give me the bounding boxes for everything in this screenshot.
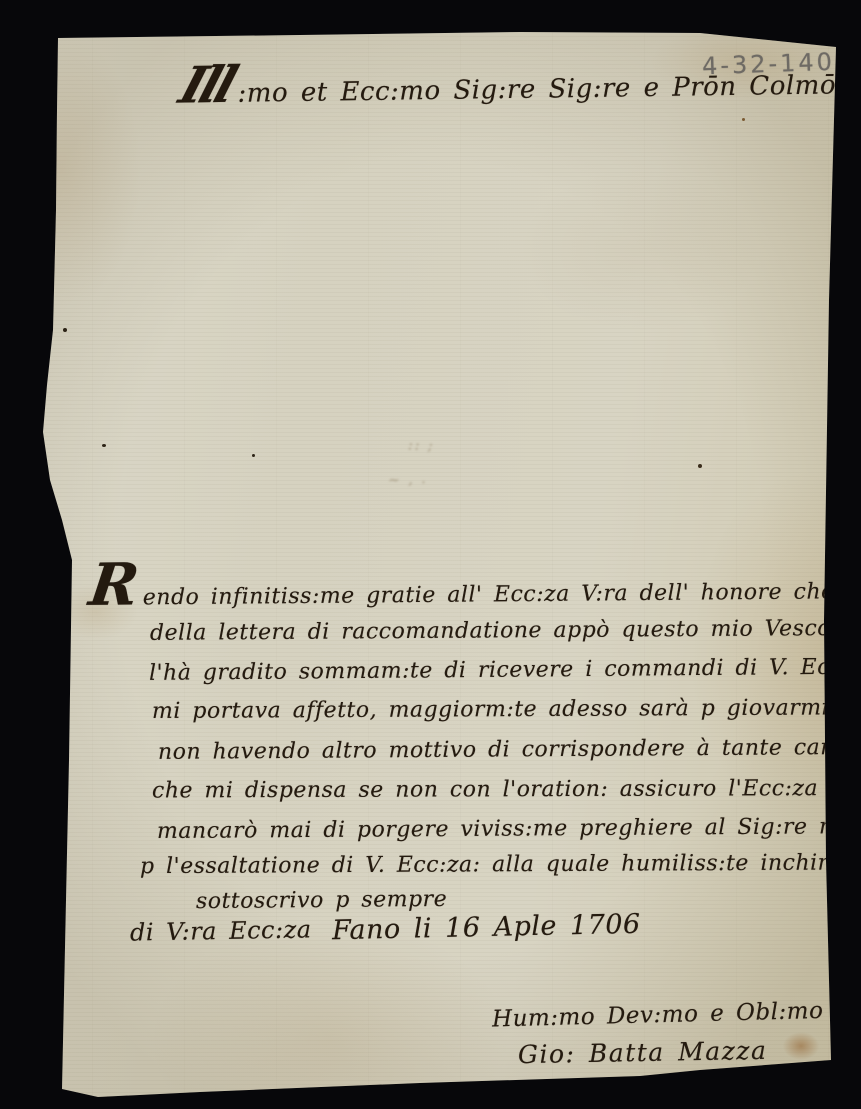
drop-capital-R: R <box>86 555 142 613</box>
ink-show-through: ~ , . <box>388 471 428 489</box>
salutation-line: Ill :mo et Ecc:mo Sig:re Sig:re e Prōn C… <box>182 51 837 110</box>
signature-titles: Hum:mo Dev:mo e Obl:mo Serv:re Vero <box>492 993 861 1032</box>
body-line-9: sottoscrivo p sempre <box>196 887 447 914</box>
letter-paper-sheet: 4-32-140 Ill :mo et Ecc:mo Sig:re Sig:re… <box>0 0 861 1109</box>
body-line-6: che mi dispensa se non con l'oration: as… <box>152 776 861 804</box>
body-line-5: non havendo altro mottivo di corrisponde… <box>158 734 861 765</box>
ink-speck <box>63 328 67 332</box>
body-line-2: della lettera di raccomandatione appò qu… <box>150 615 861 646</box>
salutation-monogram: Ill <box>174 60 239 111</box>
photo-background: 4-32-140 Ill :mo et Ecc:mo Sig:re Sig:re… <box>0 0 861 1109</box>
valediction: di V:ra Ecc:za <box>130 915 312 946</box>
ink-show-through: :: ; <box>408 438 435 455</box>
ink-speck <box>102 444 106 447</box>
dateline: Fano li 16 Aple 1706 <box>332 909 641 946</box>
body-line-7: mancarò mai di porgere viviss:me preghie… <box>157 813 861 844</box>
ink-speck <box>698 464 702 468</box>
body-line-3: l'hà gradito sommam:te di ricevere i com… <box>149 653 861 686</box>
body-line-1: R endo infinitiss:me gratie all' Ecc:za … <box>90 548 861 614</box>
salutation-text: :mo et Ecc:mo Sig:re Sig:re e Prōn Colmō <box>237 70 836 108</box>
body-line-1-text: endo infinitiss:me gratie all' Ecc:za V:… <box>143 578 861 610</box>
body-line-4: mi portava affetto, maggiorm:te adesso s… <box>152 695 861 724</box>
ink-speck <box>252 454 255 457</box>
body-line-8: p l'essaltatione di V. Ecc:za: alla qual… <box>140 850 861 879</box>
foxing-spot <box>742 118 745 121</box>
signature-name: Gio: Batta Mazza <box>518 1036 768 1069</box>
